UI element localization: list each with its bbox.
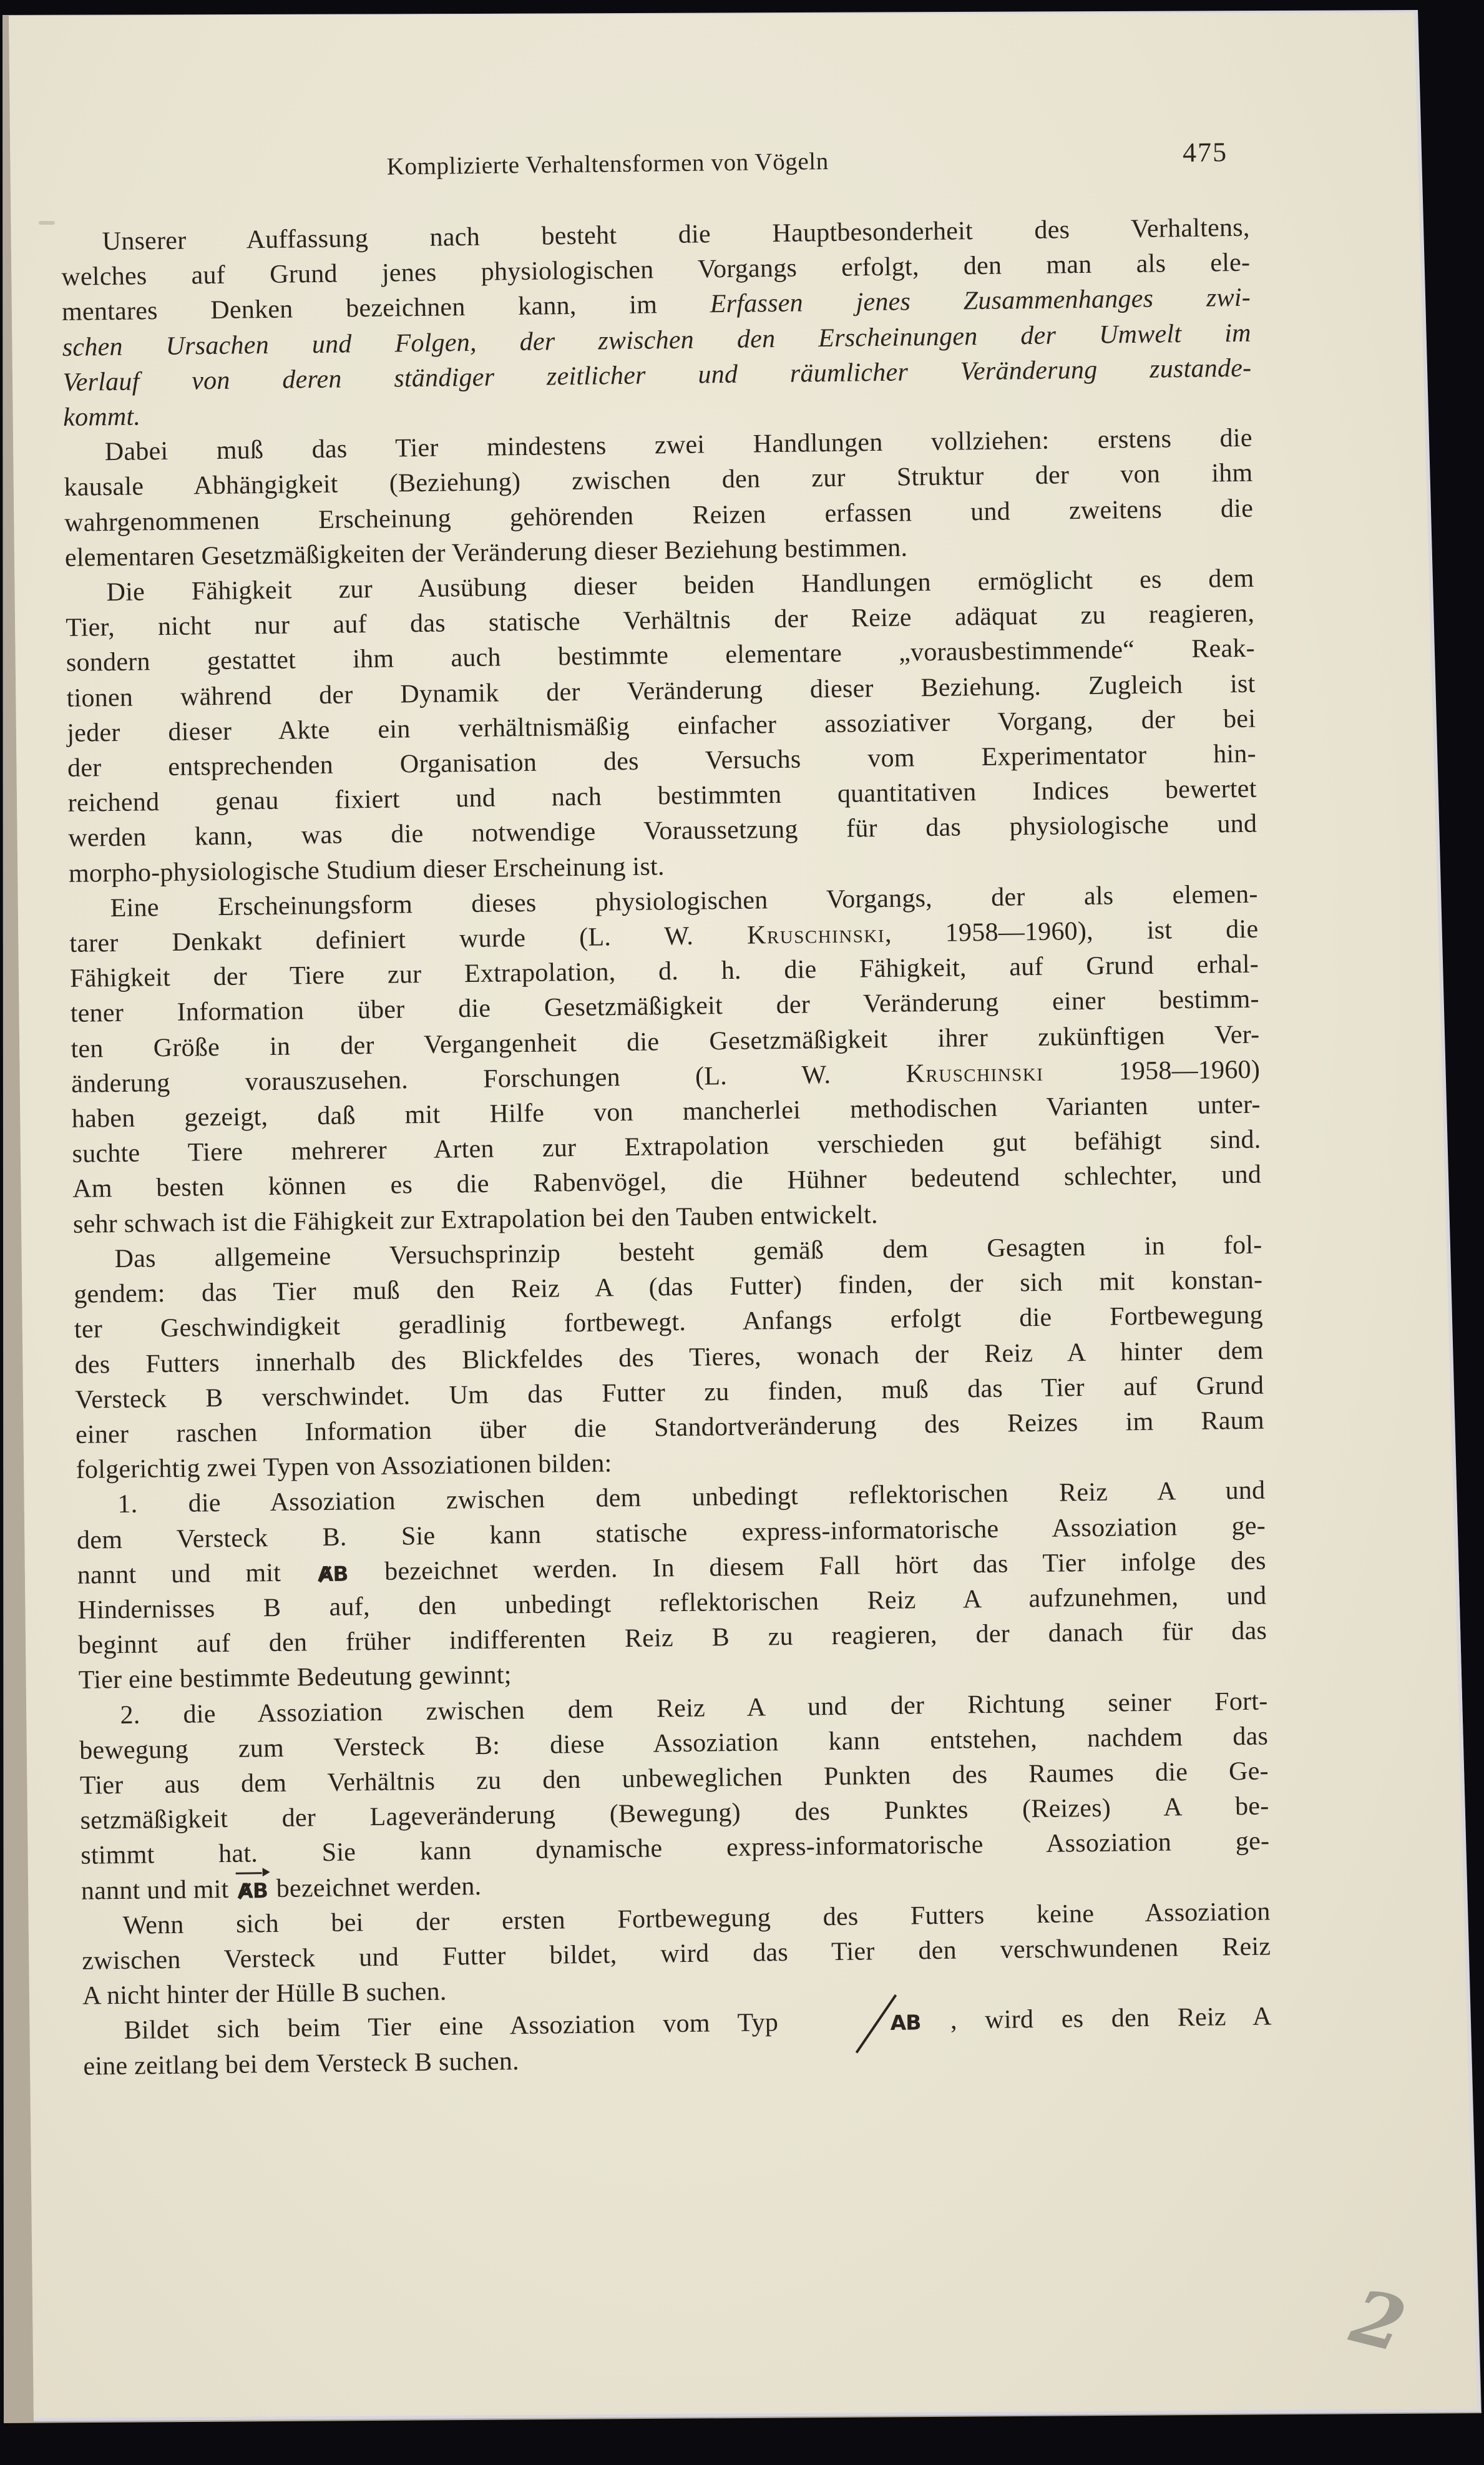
text-segment: Bildet sich beim Tier eine Assoziation v… (124, 2008, 806, 2045)
text-segment: Tier eine bestimmte Bedeutung gewinnt; (79, 1661, 512, 1695)
header-title: Komplizierte Verhaltensformen von Vögeln (60, 140, 1156, 189)
text-segment: , 1958—1960), ist die (885, 915, 1259, 948)
pencil-smudge (39, 221, 55, 225)
text-segment: 1958—1960) (1043, 1055, 1260, 1086)
paragraph: 1. die Assoziation zwischen dem unbeding… (76, 1473, 1267, 1698)
paragraph: Die Fähigkeit zur Ausübung dieser beiden… (65, 561, 1257, 891)
text-segment: Kruschinski (747, 919, 885, 950)
paragraph: 2. die Assoziation zwischen dem Reiz A u… (79, 1683, 1270, 1908)
paragraph: Eine Erscheinungsform dieses physiologis… (69, 876, 1262, 1242)
text-segment: kommt. (63, 402, 141, 432)
running-header: Komplizierte Verhaltensformen von Vögeln… (60, 139, 1249, 192)
paragraph: Bildet sich beim Tier eine Assoziation v… (82, 1999, 1272, 2084)
scan-background: Komplizierte Verhaltensformen von Vögeln… (0, 0, 1484, 2465)
text-segment: Erfassen jenes Zusammenhanges zwi- (710, 283, 1251, 319)
static-association-symbol: AB (806, 2012, 922, 2034)
dynamic-association-symbol: AB (235, 1880, 270, 1901)
text-segment: , wird es den Reiz A (922, 2002, 1272, 2036)
text-segment: tarer Denkakt definiert wurde (L. W. (69, 921, 747, 958)
paragraph: Dabei muß das Tier mindestens zwei Handl… (64, 421, 1254, 576)
handwritten-page-mark: 2 (1343, 2272, 1413, 2369)
text-segment: bezeichnet werden. (270, 1872, 482, 1903)
text-segment: sehr schwach ist die Fähigkeit zur Extra… (73, 1200, 878, 1239)
static-association-symbol: AB (316, 1563, 350, 1584)
text-segment: folgerichtig zwei Typen von Assoziatione… (76, 1449, 612, 1484)
paragraph: Wenn sich bei der ersten Fortbewegung de… (81, 1894, 1271, 2014)
paragraph: Unserer Auffassung nach besteht die Haup… (61, 210, 1252, 435)
text-segment: mentares Denken bezeichnen kann, im (62, 290, 710, 327)
text-segment: nannt und mit (77, 1558, 316, 1590)
text-segment: morpho-physiologische Studium dieser Ers… (69, 852, 665, 888)
text-block: Komplizierte Verhaltensformen von Vögeln… (60, 139, 1272, 2084)
text-segment: eine zeitlang bei dem Versteck B suchen. (83, 2047, 519, 2081)
book-page: Komplizierte Verhaltensformen von Vögeln… (0, 0, 1484, 2465)
text-segment: A nicht hinter der Hülle B suchen. (82, 1977, 447, 2011)
text-segment: Kruschinski (906, 1058, 1043, 1089)
paragraph: Das allgemeine Versuchsprinzip besteht g… (73, 1227, 1265, 1487)
text-segment: nannt und mit (81, 1874, 236, 1905)
page-number: 475 (1183, 135, 1228, 170)
